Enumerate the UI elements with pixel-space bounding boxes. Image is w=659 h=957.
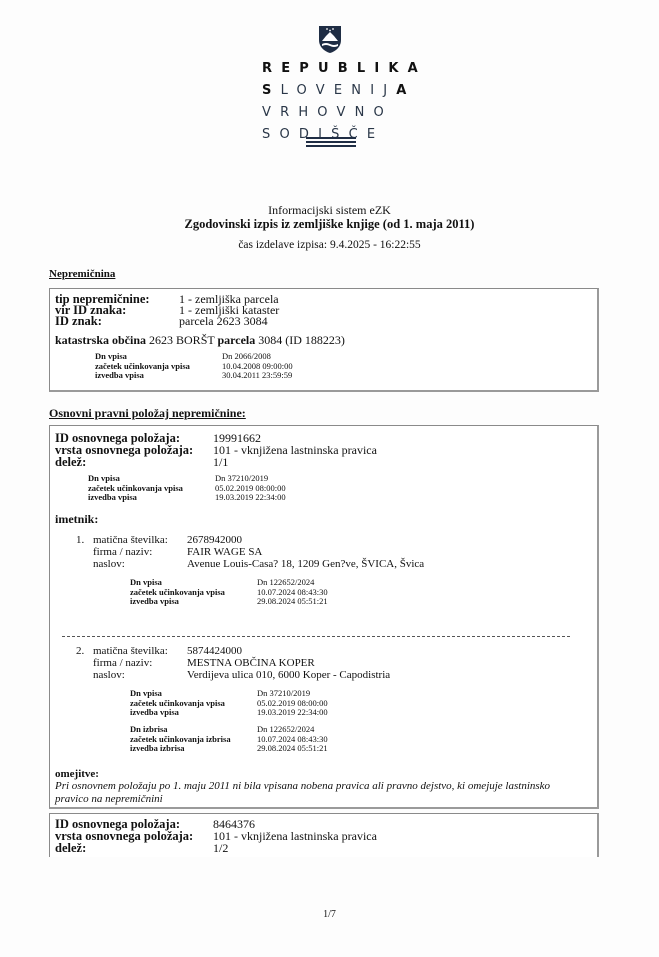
legal-position-box: ID osnovnega položaja: 19991662 vrsta os…	[49, 425, 599, 809]
text-value: izvedba vpisa	[130, 708, 179, 718]
text-value: izvedba vpisa	[95, 371, 144, 381]
section-title-osnovni-polozaj: Osnovni pravni položaj nepremičnine:	[49, 406, 246, 421]
system-name: Informacijski sistem eZK	[0, 203, 659, 217]
text-value: parcela 2623 3084	[179, 315, 268, 327]
text-value: matična številka:	[93, 534, 168, 546]
holder-heading: imetnik:	[55, 512, 98, 527]
text-value: katastrska občina	[55, 333, 146, 347]
text-value: 19.03.2019 22:34:00	[257, 708, 328, 718]
text-value: naslov:	[93, 558, 125, 570]
legal-position-box-2: ID osnovnega položaja: 8464376 vrsta osn…	[49, 813, 599, 857]
text-value: 30.04.2011 23:59:59	[222, 371, 292, 381]
logo-line-3: VRHOVNO	[262, 102, 402, 124]
text-value: izvedba vpisa	[130, 597, 179, 607]
document-header: Informacijski sistem eZK Zgodovinski izp…	[0, 203, 659, 251]
text-value: FAIR WAGE SA	[187, 546, 262, 558]
text-value: 101 - vknjižena lastninska pravica	[213, 444, 377, 456]
text-value: firma / naziv:	[93, 657, 152, 669]
holder-separator	[62, 636, 570, 637]
restrictions-text: Pri osnovnem položaju po 1. maju 2011 ni…	[55, 780, 575, 806]
coat-of-arms-icon	[316, 24, 344, 54]
text-value: matična številka:	[93, 645, 168, 657]
text-value: delež:	[55, 842, 86, 854]
text-value: 3084 (ID 188223)	[258, 333, 345, 347]
text-value: Verdijeva ulica 010, 6000 Koper - Capodi…	[187, 669, 390, 681]
text-value: izvedba izbrisa	[130, 744, 185, 754]
text-value: delež:	[55, 456, 86, 468]
logo-line-1: REPUBLIKA	[262, 58, 402, 80]
text-value: 5874424000	[187, 645, 242, 657]
created-label: čas izdelave izpisa:	[238, 239, 327, 251]
text-value: 19.03.2019 22:34:00	[215, 493, 286, 503]
created-value: 9.4.2025 - 16:22:55	[330, 239, 421, 251]
court-name-wordmark: REPUBLIKA SLOVENIJA VRHOVNO SODIŠČE	[262, 58, 402, 146]
property-box: tip nepremičnine: 1 - zemljiška parcela …	[49, 288, 599, 392]
text-value: MESTNA OBČINA KOPER	[187, 657, 315, 669]
text-value: firma / naziv:	[93, 546, 152, 558]
logo-bars-decoration	[306, 137, 356, 149]
section-title-nepremicnina: Nepremičnina	[49, 268, 115, 280]
text-value: 2623 BORŠT	[149, 333, 214, 347]
document-title: Zgodovinski izpis iz zemljiške knjige (o…	[0, 217, 659, 232]
restrictions-heading: omejitve:	[55, 768, 99, 780]
text-value: 29.08.2024 05:51:21	[257, 744, 328, 754]
logo-line-2: SLOVENIJA	[262, 80, 402, 102]
created-timestamp: čas izdelave izpisa: 9.4.2025 - 16:22:55	[0, 239, 659, 251]
court-logo	[0, 24, 659, 54]
cadastral-line: katastrska občina 2623 BORŠT parcela 308…	[55, 333, 345, 348]
text-value: 29.08.2024 05:51:21	[257, 597, 328, 607]
text-value: 101 - vknjižena lastninska pravica	[213, 830, 377, 842]
text-value: 1/2	[213, 842, 228, 854]
text-value: 1.	[76, 534, 84, 546]
text-value: naslov:	[93, 669, 125, 681]
page-number: 1/7	[0, 909, 659, 920]
text-value: 2.	[76, 645, 84, 657]
text-value: 1/1	[213, 456, 228, 468]
text-value: izvedba vpisa	[88, 493, 137, 503]
text-value: 2678942000	[187, 534, 242, 546]
text-value: Avenue Louis-Casa? 18, 1209 Gen?ve, ŠVIC…	[187, 558, 424, 570]
text-value: parcela	[217, 333, 255, 347]
text-value: ID znak:	[55, 315, 102, 327]
